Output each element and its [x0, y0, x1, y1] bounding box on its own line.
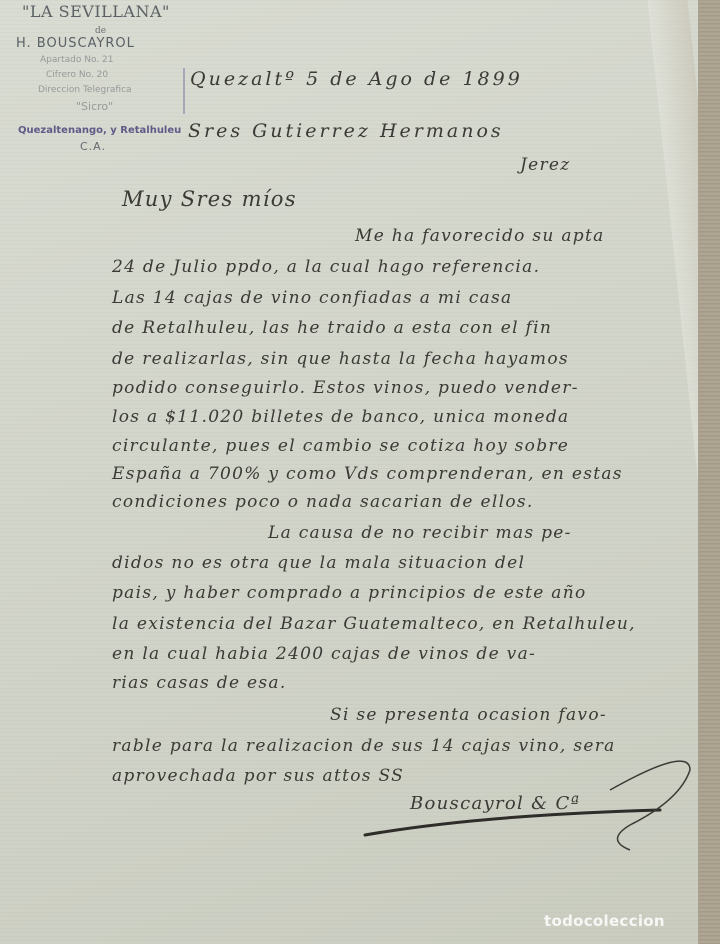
body-line: didos no es otra que la mala situacion d… [112, 553, 525, 573]
body-line: La causa de no recibir mas pe- [268, 523, 572, 543]
body-line: Las 14 cajas de vino confiadas a mi casa [112, 288, 512, 308]
body-line: de realizarlas, sin que hasta la fecha h… [112, 349, 569, 369]
place-date: Quezaltº 5 de Ago de 1899 [190, 68, 523, 90]
body-line: pais, y haber comprado a principios de e… [112, 583, 587, 603]
recipient: Sres Gutierrez Hermanos [188, 120, 504, 142]
body-line: de Retalhuleu, las he traido a esta con … [112, 318, 552, 338]
letterhead-region: C.A. [80, 140, 106, 153]
letter-paper: "LA SEVILLANA" de H. BOUSCAYROL Apartado… [0, 0, 700, 944]
body-line: la existencia del Bazar Guatemalteco, en… [112, 614, 636, 634]
body-line: rias casas de esa. [112, 673, 287, 693]
letterhead-line: "Sicro" [76, 100, 113, 113]
body-line: Me ha favorecido su apta [355, 226, 605, 246]
letterhead-line: Apartado No. 21 [40, 55, 113, 65]
body-line: rable para la realizacion de sus 14 caja… [112, 736, 616, 756]
paper-edge [698, 0, 720, 944]
letterhead-cities-stamp: Quezaltenango, y Retalhuleu [18, 125, 181, 136]
body-line: Si se presenta ocasion favo- [330, 705, 607, 725]
body-line: circulante, pues el cambio se cotiza hoy… [112, 436, 569, 456]
signature-flourish [360, 755, 700, 855]
letterhead-line: Cifrero No. 20 [46, 70, 108, 80]
watermark: todocoleccion [544, 912, 665, 930]
salutation: Muy Sres míos [122, 187, 297, 211]
stamp-mark [183, 68, 185, 114]
recipient-city: Jerez [520, 155, 571, 175]
body-line: 24 de Julio ppdo, a la cual hago referen… [112, 257, 540, 277]
letterhead-line: Direccion Telegrafica [38, 85, 132, 95]
letterhead-owner: H. BOUSCAYROL [16, 36, 135, 51]
letterhead-title: "LA SEVILLANA" [22, 2, 170, 21]
body-line: condiciones poco o nada sacarian de ello… [112, 492, 534, 512]
body-line: España a 700% y como Vds comprenderan, e… [112, 464, 623, 484]
body-line: podido conseguirlo. Estos vinos, puedo v… [112, 378, 579, 398]
letterhead-de: de [95, 26, 106, 36]
body-line: en la cual habia 2400 cajas de vinos de … [112, 644, 536, 664]
body-line: los a $11.020 billetes de banco, unica m… [112, 407, 569, 427]
